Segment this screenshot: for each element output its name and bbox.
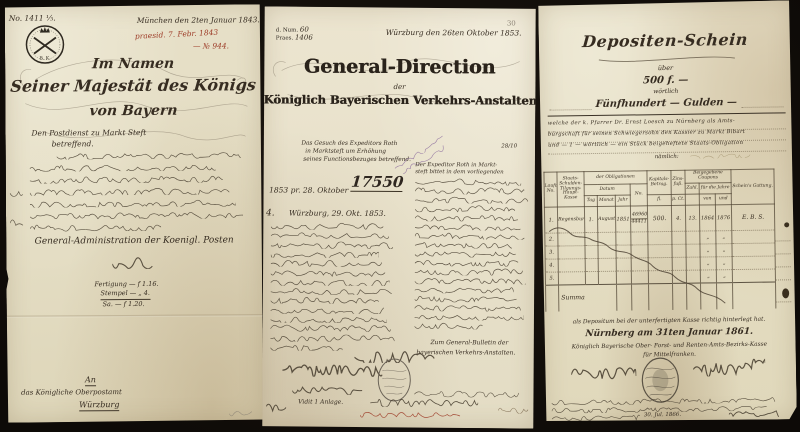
date-line-handwriting xyxy=(370,397,478,407)
royal-title-line2: Seiner Majestät des Königs xyxy=(4,76,261,95)
handwriting-stroke xyxy=(271,278,390,286)
handwriting-line xyxy=(271,232,389,240)
col-header-coupons: Beigegebene Coupons xyxy=(685,170,731,184)
handwriting-stroke xyxy=(271,269,386,277)
left-column-handwriting xyxy=(270,222,399,355)
handwriting-stroke xyxy=(498,406,528,413)
handwriting-line xyxy=(415,241,512,248)
faint-pencil-note xyxy=(690,152,750,159)
right-column-opening1: Der Expeditor Roth in Markt- xyxy=(415,162,497,169)
handwriting-line xyxy=(30,224,161,232)
col-header-kapital: Kapitals- Betrag. xyxy=(647,170,671,194)
closing-administration-line: General-Administration der Koenigl. Post… xyxy=(6,235,262,247)
handwriting-stroke xyxy=(415,286,514,293)
handwriting-stroke xyxy=(415,250,516,257)
handwriting-line xyxy=(30,199,236,207)
handwriting-line xyxy=(271,325,391,333)
address-line2: Würzburg xyxy=(79,401,119,411)
corner-flourish xyxy=(266,397,286,412)
handwriting-line xyxy=(415,205,515,212)
subject-line2: in Marktsteft um Erhöhung xyxy=(305,149,386,156)
handwriting-stroke xyxy=(415,241,512,248)
handwriting-stroke xyxy=(30,175,223,183)
letterhead-title: General-Direction xyxy=(264,56,536,78)
bottom-signature-handwriting xyxy=(729,408,779,418)
handwriting-line xyxy=(415,223,522,230)
age-spot xyxy=(782,288,789,298)
handwriting-line xyxy=(415,250,516,257)
handwriting-stroke xyxy=(30,224,161,232)
signature-handwriting xyxy=(112,256,154,269)
handwriting-stroke xyxy=(693,358,765,377)
handwriting-stroke xyxy=(415,295,517,302)
handwriting-stroke xyxy=(415,259,519,266)
col-header-gattung: Schein's Gattung. xyxy=(731,169,774,205)
dotted-leader xyxy=(775,240,790,241)
dateline: München den 2ten Januar 1843. xyxy=(137,16,260,25)
handwriting-line xyxy=(270,343,342,350)
handwriting-line xyxy=(30,175,223,183)
col-header-zins: Zins- fuß. xyxy=(671,170,685,194)
dotted-leader xyxy=(776,301,791,302)
handwriting-stroke xyxy=(282,360,382,376)
letterhead-subtitle: Königlich Bayerischen Verkehrs-Anstalten… xyxy=(263,93,535,107)
handwriting-line xyxy=(271,260,382,267)
handwriting-line xyxy=(415,178,521,185)
issuing-office-line1: Königlich Bayerische Ober- Forst- und Re… xyxy=(543,341,796,351)
amount-words-row: Fünfhundert — Gulden — xyxy=(549,96,783,110)
dotted-leader xyxy=(776,279,791,280)
handwriting-stroke xyxy=(415,187,524,194)
receipt-number: 17550 xyxy=(350,174,404,192)
handwriting-stroke xyxy=(10,218,24,227)
handwriting-stroke xyxy=(271,232,389,240)
reg-value-praes: 1406 xyxy=(295,34,313,42)
handwriting-stroke xyxy=(270,343,342,350)
vidit-note: Vidit 1 Anlage. xyxy=(298,400,343,407)
handwriting-line xyxy=(271,241,393,249)
handwriting-stroke xyxy=(729,408,779,418)
handwriting-stroke xyxy=(571,365,636,380)
handwriting-line xyxy=(415,196,528,203)
handwriting-line xyxy=(271,250,379,257)
presidial-note-red: praesid. 7. Febr. 1843 xyxy=(135,29,219,42)
scanned-historic-documents: No. 1411 ⅓. B. K. München den 2ten Janua… xyxy=(0,0,800,432)
col-header-nr: No. xyxy=(630,184,647,206)
handwriting-stroke xyxy=(415,322,483,329)
handwriting-stroke xyxy=(360,411,460,418)
col-header-obligation: der Obligationen xyxy=(584,171,647,185)
handwriting-line xyxy=(415,259,519,266)
body-paragraph-handwriting xyxy=(30,151,253,238)
royal-title-line1: Im Namen xyxy=(4,56,261,73)
handwriting-line xyxy=(415,214,518,221)
handwriting-stroke xyxy=(370,397,478,407)
handwriting-stroke xyxy=(415,304,521,311)
handwriting-stroke xyxy=(415,313,524,320)
dotted-leader xyxy=(741,97,783,109)
handwriting-stroke xyxy=(266,397,286,412)
handwriting-stroke xyxy=(271,250,379,257)
dotted-leader xyxy=(549,99,591,111)
response-place-date: Würzburg, 29. Okt. 1853. xyxy=(289,210,386,219)
bulletin-note-line1: Zum General-Bulletin der xyxy=(430,340,508,347)
handwriting-stroke xyxy=(271,325,391,333)
handwriting-stroke xyxy=(415,214,518,221)
fee-line2: Stempel — „ 4. xyxy=(100,290,149,298)
signature-handwriting xyxy=(571,365,636,380)
fee-total: Sa. — f 1.20. xyxy=(103,301,145,309)
handwriting-stroke xyxy=(271,306,384,313)
handwriting-stroke xyxy=(30,211,243,219)
royal-title-line3: von Bayern xyxy=(5,103,262,120)
handwriting-stroke xyxy=(271,297,380,304)
handwriting-stroke xyxy=(271,260,382,267)
handwriting-line xyxy=(415,268,523,275)
handwriting-line xyxy=(271,306,384,313)
place-and-date: Nürnberg am 31ten Januar 1861. xyxy=(542,326,796,340)
pencil-page-number: 30 xyxy=(507,20,516,28)
cancellation-wavy-line xyxy=(544,221,730,309)
subject-line1: Den Postdienst zu Markt Steft xyxy=(31,129,146,138)
receipt-date-line: 1853 pr. 28. Oktober xyxy=(269,186,348,195)
col-header-tag: Tag xyxy=(584,195,597,206)
handwriting-stroke xyxy=(229,409,253,416)
col-header-zahl: Zahl. xyxy=(685,183,699,194)
signature-handwriting xyxy=(693,358,765,377)
handwriting-line xyxy=(271,297,380,304)
margin-mark xyxy=(10,188,24,197)
fee-line1: Fertigung — f 1.16. xyxy=(94,281,158,289)
subject-line1: Das Gesuch des Expeditors Roth xyxy=(301,141,397,148)
handwriting-stroke xyxy=(415,223,522,230)
handwriting-stroke xyxy=(415,205,515,212)
col-header-fl: fl. xyxy=(647,194,671,205)
margin-item-number: 4. xyxy=(266,208,275,218)
handwriting-line xyxy=(415,322,483,329)
amount-underline xyxy=(548,112,786,116)
handwriting-stroke xyxy=(271,241,393,249)
handwriting-stroke xyxy=(415,196,528,203)
paper-fold-crease xyxy=(7,314,263,318)
bottom-annotation-line3 xyxy=(552,414,640,421)
col-header-kasse: Staats- Schulden- Tilgungs- Haupt- Kasse xyxy=(557,172,584,207)
handwriting-line xyxy=(415,187,524,194)
handwriting-stroke xyxy=(112,256,154,269)
dotted-leader xyxy=(776,253,791,254)
handwriting-line xyxy=(30,187,230,195)
document-deposit-certificate-1861: Depositen-Schein über 500 f. — wörtlich … xyxy=(538,0,797,422)
handwriting-stroke xyxy=(271,315,387,323)
document-general-direction-letter-1853: d. Num. 60 Praes. 1406 Würzburg den 26te… xyxy=(262,6,536,428)
col-header-datum: Datum xyxy=(584,184,630,196)
col-header-pct: p. Ct. xyxy=(671,194,685,205)
handwriting-line xyxy=(270,334,394,342)
handwriting-stroke xyxy=(271,288,394,296)
letterhead-der: der xyxy=(264,83,536,92)
handwriting-line xyxy=(56,151,240,159)
col-header-bis: und xyxy=(715,194,731,205)
registry-praes-label: Praes. 1406 xyxy=(276,34,313,42)
signature-handwriting xyxy=(282,360,382,376)
col-header-monat: Monat xyxy=(597,195,615,206)
handwriting-line xyxy=(271,315,387,323)
handwriting-line xyxy=(30,164,216,172)
clerk-initials-handwriting xyxy=(498,406,528,413)
receipt-fraction: 28/10 xyxy=(501,143,517,149)
reg-label-praes: Praes. xyxy=(276,35,293,41)
handwriting-line xyxy=(415,304,521,311)
col-header-laufno: Laufd. No. xyxy=(544,172,557,207)
handwriting-line xyxy=(271,278,390,286)
address-line1: das Königliche Oberpostamt xyxy=(21,389,122,397)
handwriting-stroke xyxy=(415,178,521,185)
handwriting-stroke xyxy=(30,164,216,172)
handwriting-line xyxy=(271,269,386,277)
col-header-von: von xyxy=(699,194,715,205)
reg-value-dnum: 60 xyxy=(300,26,309,34)
right-column-opening2: steft bittet in dem vorliegenden xyxy=(415,169,503,176)
handwriting-line xyxy=(415,295,517,302)
document-royal-bavarian-letter-1843: No. 1411 ⅓. B. K. München den 2ten Janua… xyxy=(5,4,264,423)
handwriting-line xyxy=(271,288,394,296)
amount-figures: 500 f. — xyxy=(539,73,793,88)
handwriting-stroke xyxy=(690,152,750,159)
signature-handwriting xyxy=(292,385,362,395)
amount-in-words: Fünfhundert — Gulden — xyxy=(591,97,741,110)
handwriting-line xyxy=(415,313,524,320)
handwriting-stroke xyxy=(415,268,523,275)
handwriting-line xyxy=(415,286,514,293)
age-spot xyxy=(784,222,789,227)
handwriting-stroke xyxy=(30,187,230,195)
handwriting-stroke xyxy=(10,188,24,197)
col-header-jahre: für die Jahre xyxy=(699,183,731,194)
dotted-leader xyxy=(776,266,791,267)
dateline: Würzburg den 26ten Oktober 1853. xyxy=(386,29,522,38)
handwriting-stroke xyxy=(415,232,525,239)
handwriting-stroke xyxy=(415,277,526,284)
handwriting-line xyxy=(30,211,243,219)
handwriting-line xyxy=(415,277,526,284)
col-header-jahr: Jahr xyxy=(615,195,630,206)
right-column-handwriting xyxy=(414,178,531,334)
subject-line2: betreffend. xyxy=(52,140,94,149)
red-registry-handwriting xyxy=(360,411,460,418)
handwriting-stroke xyxy=(552,414,640,421)
handwriting-stroke xyxy=(271,222,385,229)
cell-gattung: E. B. S. xyxy=(731,204,774,231)
ueber-label: über xyxy=(539,63,792,74)
deposit-title: Depositen-Schein xyxy=(538,30,792,51)
bottom-annotation-date: 30. Jul. 1866. xyxy=(644,412,681,419)
handwriting-line xyxy=(271,222,385,229)
handwriting-line xyxy=(415,232,525,239)
address-salutation: An xyxy=(85,376,96,386)
handwriting-stroke xyxy=(56,151,240,159)
deposited-statement: als Depositum bei der unterfertigten Kas… xyxy=(542,316,795,326)
handwriting-stroke xyxy=(292,385,362,395)
handwriting-stroke xyxy=(30,199,236,207)
pencil-note xyxy=(229,409,253,416)
handwriting-stroke xyxy=(270,334,394,342)
crown-icon xyxy=(40,27,50,33)
margin-mark xyxy=(10,218,24,227)
